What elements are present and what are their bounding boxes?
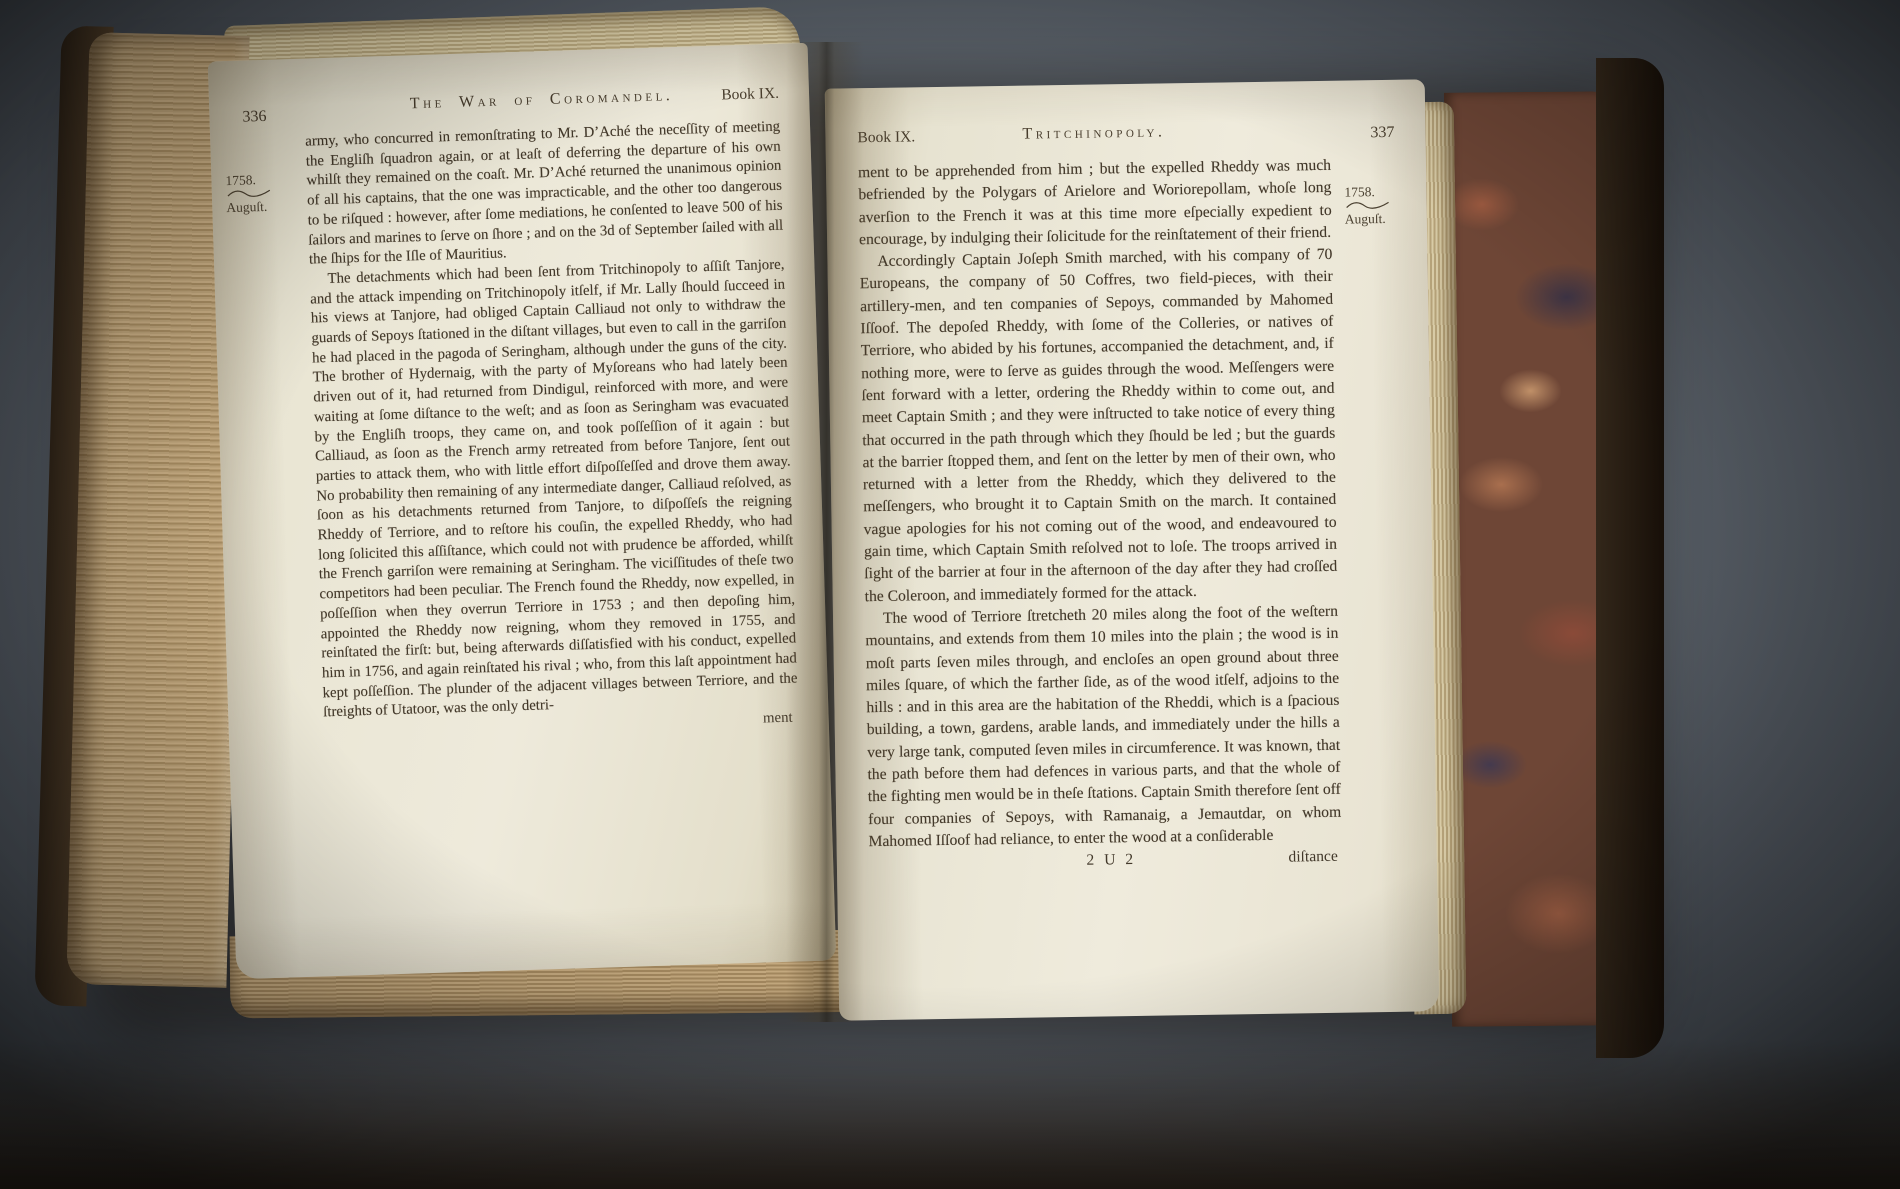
- paragraph: army, who concurred in remonſtrating to …: [305, 118, 784, 271]
- left-page-number: 336: [242, 108, 267, 127]
- marbled-cover-board: [1444, 91, 1620, 1026]
- margin-month: Auguſt.: [1345, 211, 1386, 227]
- paragraph: ment to be apprehended from him ; but th…: [858, 155, 1332, 252]
- flourish-icon: [1345, 200, 1391, 210]
- right-page: Book IX. Tritchinopoly. 337 1758. Auguſt…: [825, 79, 1440, 1020]
- right-book-label: Book IX.: [857, 128, 915, 147]
- left-page-header: 336 The War of Coromandel. Book IX.: [304, 84, 780, 125]
- gathering-signature: 2 U 2: [1086, 851, 1136, 870]
- right-margin-note: 1758. Auguſt.: [1344, 183, 1417, 226]
- paragraph: The detachments which had been ſent from…: [309, 256, 798, 724]
- left-running-title: The War of Coromandel.: [304, 84, 779, 117]
- right-page-number: 337: [1370, 124, 1394, 142]
- right-signature-line: 2 U 2 diſtance: [869, 848, 1342, 879]
- left-page: 336 The War of Coromandel. Book IX. 1758…: [208, 43, 837, 979]
- left-text-column: army, who concurred in remonſtrating to …: [305, 118, 798, 724]
- left-margin-note: 1758. Auguſt.: [225, 171, 298, 215]
- photo: 336 The War of Coromandel. Book IX. 1758…: [0, 0, 1900, 1189]
- right-page-inner: Book IX. Tritchinopoly. 337 1758. Auguſt…: [825, 79, 1440, 1020]
- right-catchword: diſtance: [1288, 848, 1338, 867]
- margin-year: 1758.: [1344, 184, 1375, 199]
- paragraph: Accordingly Captain Joſeph Smith marched…: [859, 244, 1338, 608]
- table-surface-shadow: [0, 1039, 1900, 1189]
- flourish-icon: [226, 188, 272, 198]
- right-text-column: ment to be apprehended from him ; but th…: [858, 155, 1342, 854]
- margin-year: 1758.: [225, 172, 256, 188]
- left-page-inner: 336 The War of Coromandel. Book IX. 1758…: [208, 43, 837, 979]
- right-running-title: Tritchinopoly.: [857, 121, 1330, 146]
- right-page-header: Book IX. Tritchinopoly. 337: [857, 121, 1330, 154]
- left-book-label: Book IX.: [721, 85, 779, 105]
- book-spine-edge: [1596, 58, 1664, 1058]
- paragraph: The wood of Terriore ſtretcheth 20 miles…: [865, 601, 1342, 854]
- margin-month: Auguſt.: [226, 199, 267, 215]
